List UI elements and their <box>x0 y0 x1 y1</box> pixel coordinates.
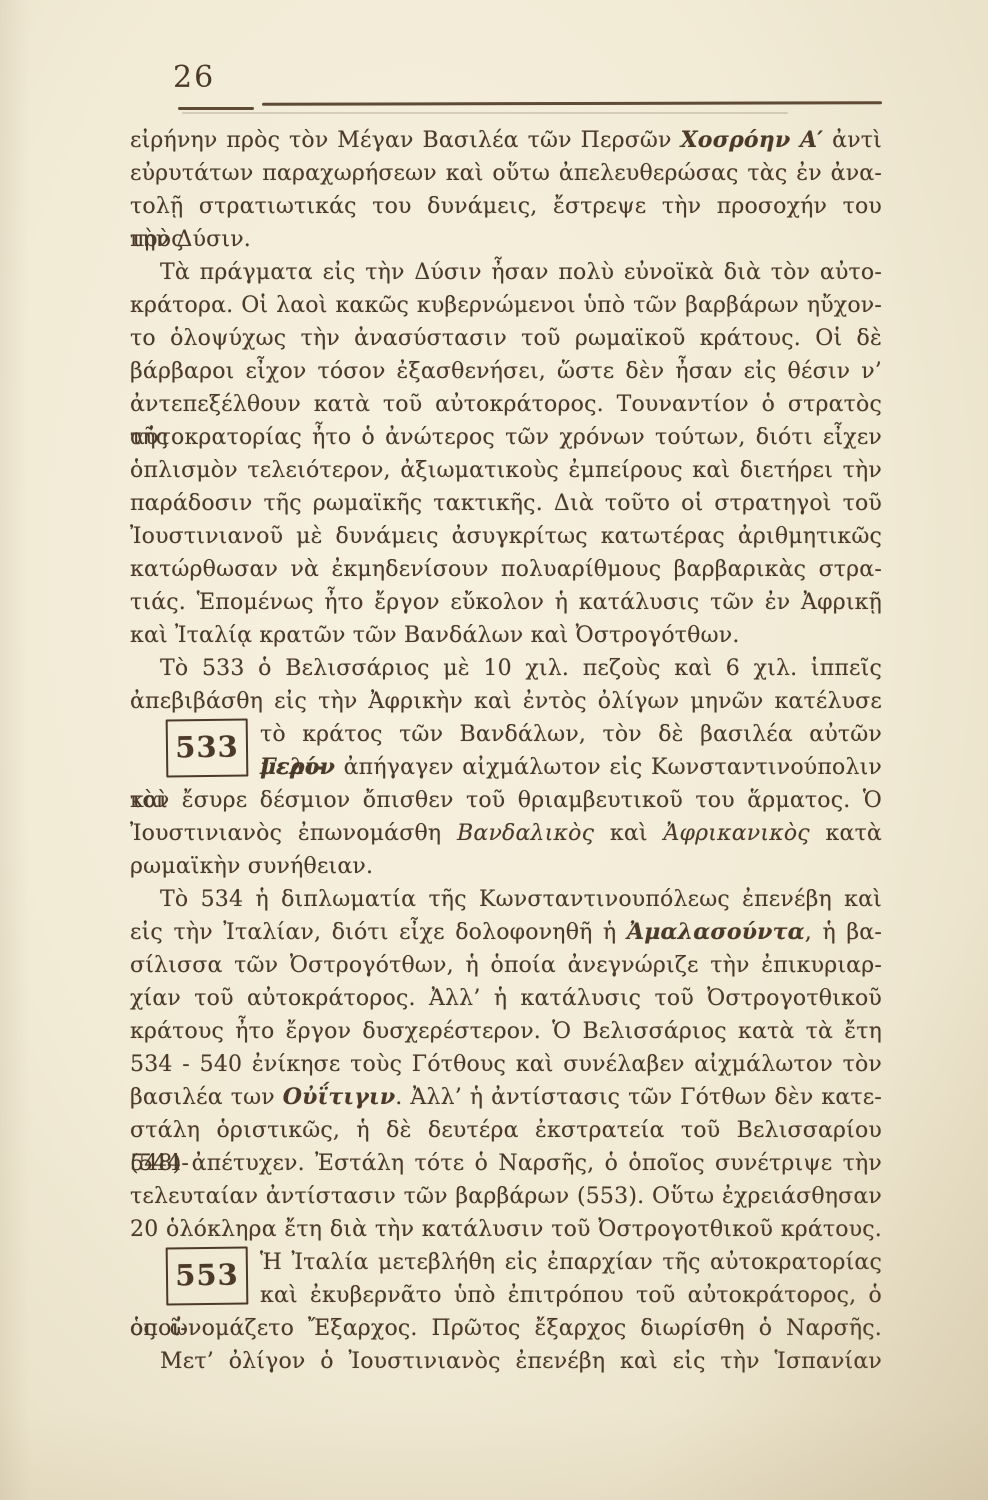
text-run: ρωμαϊκὴν συνήθειαν. <box>130 854 373 879</box>
text-run: χίαν τοῦ αὐτοκράτορος. Ἀλλ’ ἡ κατάλυσις … <box>130 986 882 1011</box>
text-run: Ἰουστινιανὸς ἐπωνομάσθη <box>130 821 457 846</box>
text-run: τὸ κράτος τῶν Βανδάλων, τὸν δὲ βασιλέα α… <box>260 722 882 747</box>
text-line: χίαν τοῦ αὐτοκράτορος. Ἀλλ’ ἡ κατάλυσις … <box>130 982 882 1015</box>
text-line: καὶ Ἰταλίᾳ κρατῶν τῶν Βανδάλων καὶ Ὀστρο… <box>130 619 882 652</box>
text-run: εὐρυτάτων παραχωρήσεων καὶ οὕτω ἀπελευθε… <box>130 161 882 186</box>
text-run: παράδοσιν τῆς ρωμαϊκῆς τακτικῆς. Διὰ τοῦ… <box>130 491 882 516</box>
text-run: κράτους ἦτο ἔργον δυσχερέστερον. Ὁ Βελισ… <box>130 1019 882 1044</box>
paragraph: Τὸ 533 ὁ Βελισσάριος μὲ 10 χιλ. πεζοὺς κ… <box>130 652 882 883</box>
header-rule-segment <box>178 107 254 110</box>
text-line: Ἰουστινιανοῦ μὲ δυνάμεις ἀσυγκρίτως κατω… <box>130 520 882 553</box>
text-run: , ἡ βα- <box>805 920 882 945</box>
text-line: ὁπλισμὸν τελειότερον, ἀξιωματικοὺς ἐμπεί… <box>130 454 882 487</box>
margin-date-box: 533 <box>166 719 249 778</box>
text-line: ρωμαϊκὴν συνήθειαν. <box>130 850 882 883</box>
text-run: αὐτοκρατορίας ἦτο ὁ ἀνώτερος τῶν χρόνων … <box>130 425 882 450</box>
text-run: τιάς. Ἑπομένως ἦτο ἔργον εὔκολον ἡ κατάλ… <box>130 590 882 615</box>
page-number: 26 <box>173 60 215 95</box>
text-line: τὴν Δύσιν. <box>130 223 882 256</box>
text-run: τὸν ἔσυρε δέσμιον ὄπισθεν τοῦ θριαμβευτι… <box>130 788 882 813</box>
text-line: Τὰ πράγματα εἰς τὴν Δύσιν ἦσαν πολὺ εὐνο… <box>130 256 882 289</box>
text-run: καὶ Ἰταλίᾳ κρατῶν τῶν Βανδάλων καὶ Ὀστρο… <box>130 623 740 648</box>
emphasized-text-run: μερον <box>260 754 335 780</box>
text-run: τὴν Δύσιν. <box>130 227 251 252</box>
text-run: βάρβαροι εἶχον τόσον ἐξασθενήσει, ὥστε δ… <box>130 359 882 384</box>
text-run: Τὰ πράγματα εἰς τὴν Δύσιν ἦσαν πολὺ εὐνο… <box>160 260 882 285</box>
text-line: τὸν ἔσυρε δέσμιον ὄπισθεν τοῦ θριαμβευτι… <box>130 784 882 817</box>
text-block: εἰρήνην πρὸς τὸν Μέγαν Βασιλέα τῶν Περσῶ… <box>130 124 882 1378</box>
text-run: Τὸ 533 ὁ Βελισσάριος μὲ 10 χιλ. πεζοὺς κ… <box>160 656 882 681</box>
margin-date-label: 553 <box>175 1258 239 1293</box>
text-run: Μετ’ ὀλίγον ὁ Ἰουστινιανὸς ἐπενέβη καὶ ε… <box>160 1349 882 1374</box>
text-run: βασιλέα των <box>130 1085 283 1110</box>
text-line: εὐρυτάτων παραχωρήσεων καὶ οὕτω ἀπελευθε… <box>130 157 882 190</box>
text-run: ἀπεβιβάσθη εἰς τὴν Ἀφρικὴν καὶ ἐντὸς ὀλί… <box>130 689 882 714</box>
text-run: κατώρθωσαν νὰ ἐκμηδενίσουν πολυαρίθμους … <box>130 557 882 582</box>
emphasized-text-run: Ἀμαλασούντα <box>627 919 805 945</box>
emphasized-text-run: Βανδαλικὸς <box>457 821 594 846</box>
paragraph: 553Ἡ Ἰταλία μετεβλήθη εἰς ἐπαρχίαν τῆς α… <box>130 1246 882 1345</box>
text-line: τολῇ στρατιωτικάς του δυνάμεις, ἔστρεψε … <box>130 190 882 223</box>
text-run: . Ἀλλ’ ἡ ἀντίστασις τῶν Γότθων δὲν κατε- <box>395 1085 882 1110</box>
emphasized-text-run: Οὐΐτιγιν <box>283 1084 396 1110</box>
text-run: το ὁλοψύχως τὴν ἀνασύστασιν τοῦ ρωμαϊκοῦ… <box>130 326 882 351</box>
header-rule-shadow <box>182 112 788 114</box>
text-line: τελευταίαν ἀντίστασιν τῶν βαρβάρων (553)… <box>130 1180 882 1213</box>
text-line: ἀντεπεξέλθουν κατὰ τοῦ αὐτοκράτορος. Του… <box>130 388 882 421</box>
text-line: εἰρήνην πρὸς τὸν Μέγαν Βασιλέα τῶν Περσῶ… <box>130 124 882 157</box>
text-run: ἀντὶ <box>823 128 882 153</box>
text-run: κατὰ <box>810 821 882 846</box>
text-run: 534 - 540 ἐνίκησε τοὺς Γότθους καὶ συνέλ… <box>130 1052 882 1077</box>
text-run: Ἡ Ἰταλία μετεβλήθη εἰς ἐπαρχίαν τῆς αὐτο… <box>260 1250 882 1275</box>
text-line: εἰς τὴν Ἰταλίαν, διότι εἶχε δολοφονηθῆ ἡ… <box>130 916 882 949</box>
text-line: 20 ὁλόκληρα ἔτη διὰ τὴν κατάλυσιν τοῦ Ὀσ… <box>130 1213 882 1246</box>
text-line: αὐτοκρατορίας ἦτο ὁ ἀνώτερος τῶν χρόνων … <box>130 421 882 454</box>
paragraph: Τὸ 534 ἡ διπλωματία τῆς Κωνσταντινουπόλε… <box>130 883 882 1246</box>
text-run: τελευταίαν ἀντίστασιν τῶν βαρβάρων (553)… <box>130 1184 882 1209</box>
text-line: 533τὸ κράτος τῶν Βανδάλων, τὸν δὲ βασιλέ… <box>130 718 882 751</box>
book-page: 26 εἰρήνην πρὸς τὸν Μέγαν Βασιλέα τῶν Πε… <box>0 0 988 1500</box>
text-line: 553Ἡ Ἰταλία μετεβλήθη εἰς ἐπαρχίαν τῆς α… <box>130 1246 882 1279</box>
emphasized-text-run: Ἀφρικανικὸς <box>663 821 809 846</box>
text-run: σίλισσα τῶν Ὀστρογότθων, ἡ ὁποία ἀνεγνώρ… <box>130 953 882 978</box>
text-line: Τὸ 534 ἡ διπλωματία τῆς Κωνσταντινουπόλε… <box>130 883 882 916</box>
text-run: κράτορα. Οἱ λαοὶ κακῶς κυβερνώμενοι ὑπὸ … <box>130 293 882 318</box>
text-run: 20 ὁλόκληρα ἔτη διὰ τὴν κατάλυσιν τοῦ Ὀσ… <box>130 1217 882 1242</box>
header-rule <box>262 101 882 106</box>
text-run: Τὸ 534 ἡ διπλωματία τῆς Κωνσταντινουπόλε… <box>160 887 882 912</box>
text-run: εἰς τὴν Ἰταλίαν, διότι εἶχε δολοφονηθῆ ἡ <box>130 920 627 945</box>
text-run: ὁπλισμὸν τελειότερον, ἀξιωματικοὺς ἐμπεί… <box>130 458 882 483</box>
text-run: εἰρήνην πρὸς τὸν Μέγαν Βασιλέα τῶν Περσῶ… <box>130 128 681 153</box>
text-line: σίλισσα τῶν Ὀστρογότθων, ἡ ὁποία ἀνεγνώρ… <box>130 949 882 982</box>
emphasized-text-run: Χοσρόην Α′ <box>681 127 824 153</box>
margin-date-box: 553 <box>166 1247 249 1306</box>
text-line: βασιλέα των Οὐΐτιγιν. Ἀλλ’ ἡ ἀντίστασις … <box>130 1081 882 1114</box>
margin-date-label: 533 <box>175 730 239 765</box>
text-run: Ἰουστινιανοῦ μὲ δυνάμεις ἀσυγκρίτως κατω… <box>130 524 882 549</box>
text-line: Ἰουστινιανὸς ἐπωνομάσθη Βανδαλικὸς καὶ Ἀ… <box>130 817 882 850</box>
text-line: τιάς. Ἑπομένως ἦτο ἔργον εὔκολον ἡ κατάλ… <box>130 586 882 619</box>
text-line: ἀπεβιβάσθη εἰς τὴν Ἀφρικὴν καὶ ἐντὸς ὀλί… <box>130 685 882 718</box>
text-line: Τὸ 533 ὁ Βελισσάριος μὲ 10 χιλ. πεζοὺς κ… <box>130 652 882 685</box>
text-run: 548) ἀπέτυχεν. Ἐστάλη τότε ὁ Ναρσῆς, ὁ ὁ… <box>130 1151 882 1176</box>
text-line: ος ὠνομάζετο Ἔξαρχος. Πρῶτος ἔξαρχος διω… <box>130 1312 882 1345</box>
text-line: Μετ’ ὀλίγον ὁ Ἰουστινιανὸς ἐπενέβη καὶ ε… <box>130 1345 882 1378</box>
text-line: παράδοσιν τῆς ρωμαϊκῆς τακτικῆς. Διὰ τοῦ… <box>130 487 882 520</box>
text-line: 534 - 540 ἐνίκησε τοὺς Γότθους καὶ συνέλ… <box>130 1048 882 1081</box>
paragraph: εἰρήνην πρὸς τὸν Μέγαν Βασιλέα τῶν Περσῶ… <box>130 124 882 256</box>
text-line: το ὁλοψύχως τὴν ἀνασύστασιν τοῦ ρωμαϊκοῦ… <box>130 322 882 355</box>
text-line: κατώρθωσαν νὰ ἐκμηδενίσουν πολυαρίθμους … <box>130 553 882 586</box>
text-run: ος ὠνομάζετο Ἔξαρχος. Πρῶτος ἔξαρχος διω… <box>130 1316 882 1341</box>
paragraph: Τὰ πράγματα εἰς τὴν Δύσιν ἦσαν πολὺ εὐνο… <box>130 256 882 652</box>
text-line: στάλη ὁριστικῶς, ἡ δὲ δευτέρα ἐκστρατεία… <box>130 1114 882 1147</box>
paragraph: Μετ’ ὀλίγον ὁ Ἰουστινιανὸς ἐπενέβη καὶ ε… <box>130 1345 882 1378</box>
text-line: 548) ἀπέτυχεν. Ἐστάλη τότε ὁ Ναρσῆς, ὁ ὁ… <box>130 1147 882 1180</box>
text-line: κράτορα. Οἱ λαοὶ κακῶς κυβερνώμενοι ὑπὸ … <box>130 289 882 322</box>
text-line: κράτους ἦτο ἔργον δυσχερέστερον. Ὁ Βελισ… <box>130 1015 882 1048</box>
text-run: καὶ <box>594 821 663 846</box>
text-line: βάρβαροι εἶχον τόσον ἐξασθενήσει, ὥστε δ… <box>130 355 882 388</box>
